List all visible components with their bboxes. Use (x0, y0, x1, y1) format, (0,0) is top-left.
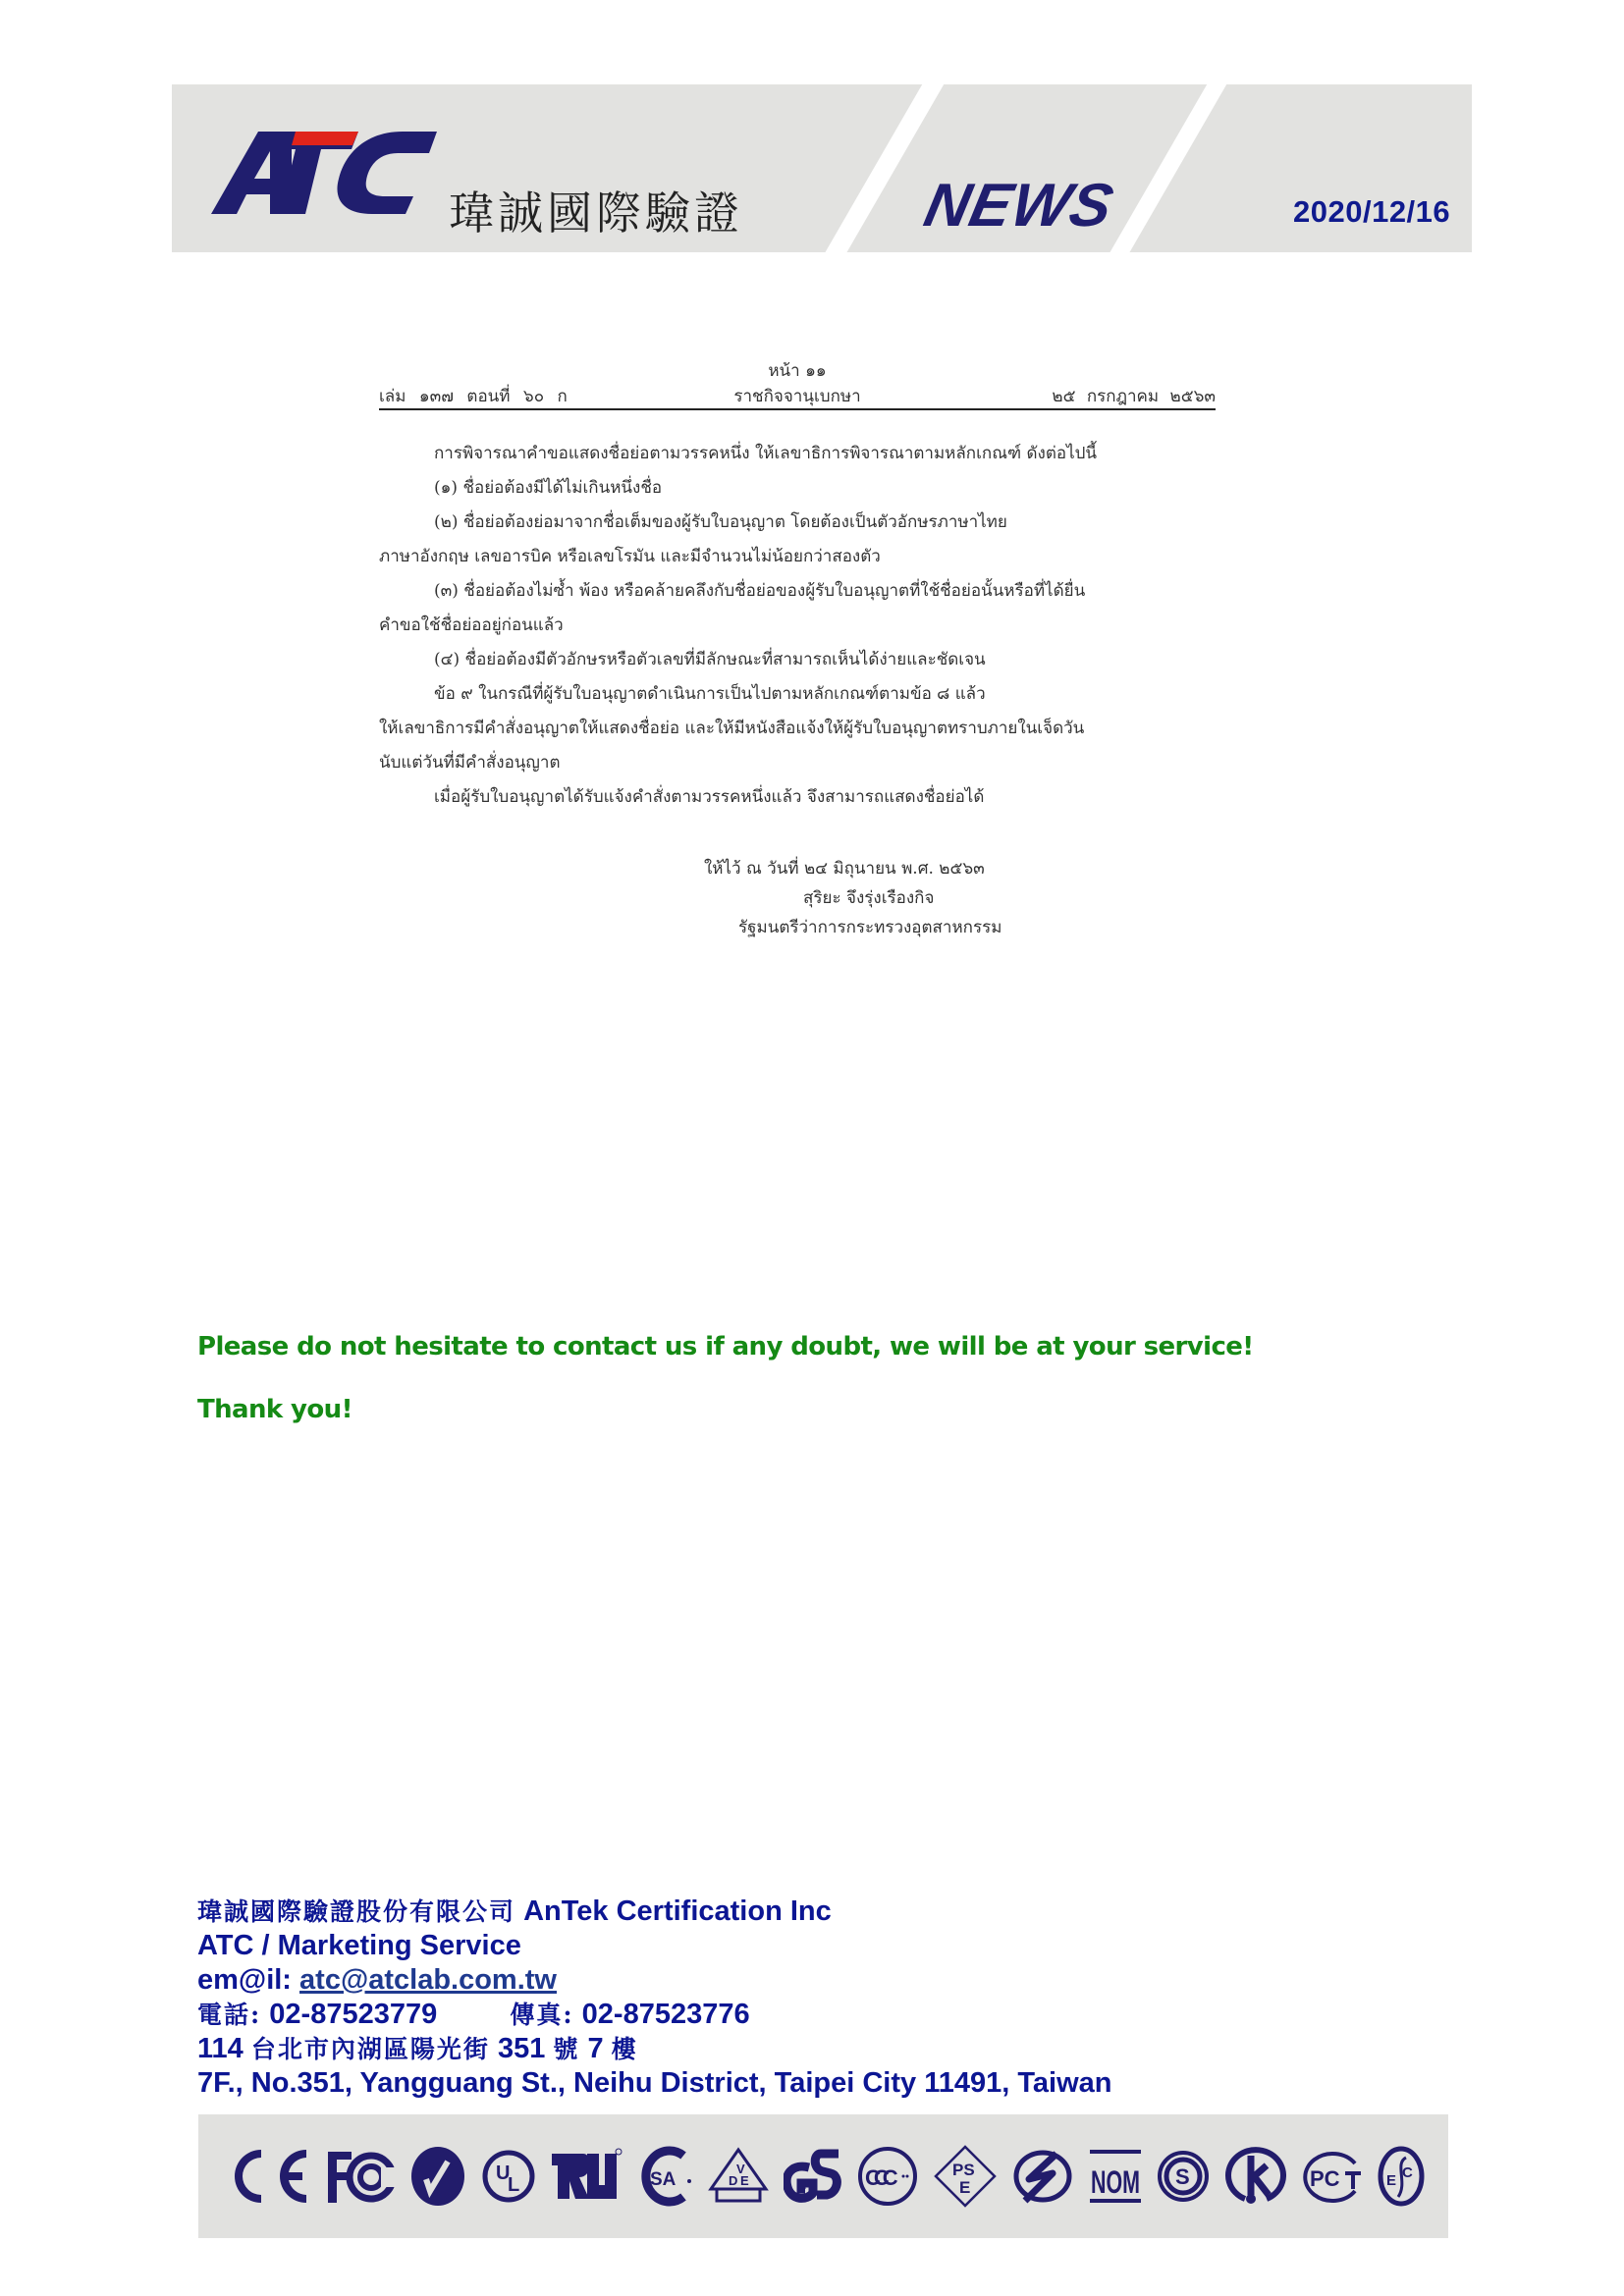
gazette-line: (๒) ชื่อย่อต้องย่อมาจากชื่อเต็มของผู้รับ… (379, 506, 1216, 540)
department: ATC / Marketing Service (197, 1929, 1112, 1963)
news-date: 2020/12/16 (1293, 194, 1450, 230)
c-tick-icon (408, 2144, 467, 2209)
email-link[interactable]: atc@atclab.com.tw (299, 1964, 557, 1996)
gazette-header-rule (379, 408, 1216, 410)
svg-text:PS: PS (952, 2161, 975, 2179)
vde-logo-icon: DVE (707, 2144, 770, 2209)
ce-mark-icon (226, 2144, 312, 2209)
svg-text:SA: SA (650, 2169, 677, 2190)
certification-logos-banner: UL SA DVE CCC PSE NOM S (198, 2114, 1448, 2238)
thank-you-message: Thank you! (197, 1395, 352, 1424)
header-divider-stripe (1100, 84, 1232, 252)
contact-invitation-message: Please do not hesitate to contact us if … (197, 1332, 1254, 1362)
contact-info: 瑋誠國際驗證股份有限公司 AnTek Certification Inc ATC… (197, 1895, 1112, 2101)
gazette-line: เมื่อผู้รับใบอนุญาตได้รับแจ้งคำสั่งตามวร… (379, 780, 1216, 815)
phone-number: 02-87523779 (269, 1999, 437, 2030)
pct-gost-icon: PC (1300, 2144, 1363, 2209)
signature-date: ให้ไว้ ณ วันที่ ๒๔ มิถุนายน พ.ศ. ๒๕๖๓ (379, 854, 1216, 883)
gazette-line: (๑) ชื่อย่อต้องมีได้ไม่เกินหนึ่งชื่อ (379, 471, 1216, 506)
nom-mark-icon: NOM (1088, 2144, 1143, 2209)
fax-label: 傳真: (510, 2001, 573, 2029)
svg-text:E: E (1386, 2172, 1396, 2189)
company-name-chinese: 瑋誠國際驗證股份有限公司 (197, 1897, 515, 1926)
svg-text:E: E (959, 2178, 970, 2197)
address-english: 7F., No.351, Yangguang St., Neihu Distri… (197, 2066, 1112, 2101)
email-row: em@il: atc@atclab.com.tw (197, 1963, 1112, 1998)
svg-text:CCC: CCC (865, 2165, 898, 2190)
gazette-line: นับแต่วันที่มีคำสั่งอนุญาต (379, 746, 1216, 780)
certification-logos: UL SA DVE CCC PSE NOM S (226, 2144, 1426, 2209)
company-name-english: AnTek Certification Inc (523, 1896, 832, 1927)
gazette-running-header: เล่ม ๑๓๗ ตอนที่ ๖๐ ก ราชกิจจานุเบกษา ๒๕ … (379, 383, 1216, 406)
fcc-logo-icon (326, 2144, 395, 2209)
gazette-body: การพิจารณาคำขอแสดงชื่อย่อตามวรรคหนึ่ง ให… (379, 437, 1216, 815)
ul-logo-icon: UL (481, 2144, 536, 2209)
svg-text:PC: PC (1310, 2166, 1340, 2191)
svg-text:NOM: NOM (1091, 2164, 1140, 2200)
gazette-line: คำขอใช้ชื่อย่ออยู่ก่อนแล้ว (379, 609, 1216, 643)
brand-chinese-name: 瑋誠國際驗證 (449, 178, 743, 242)
gazette-line: ข้อ ๙ ในกรณีที่ผู้รับใบอนุญาตดำเนินการเป… (379, 677, 1216, 712)
ccc-mark-icon: CCC (856, 2144, 919, 2209)
signature-position: รัฐมนตรีว่าการกระทรวงอุตสาหกรรม (379, 913, 1216, 942)
address-lou: 樓 (612, 2035, 638, 2063)
news-label: NEWS (918, 171, 1119, 240)
pse-mark-icon: PSE (933, 2144, 998, 2209)
gazette-line: การพิจารณาคำขอแสดงชื่อย่อตามวรรคหนึ่ง ให… (379, 437, 1216, 471)
address-chinese: 114 台北市內湖區陽光街 351 號 7 樓 (197, 2032, 1112, 2066)
gazette-line: (๓) ชื่อย่อต้องไม่ซ้ำ พ้อง หรือคล้ายคลึง… (379, 574, 1216, 609)
kc-mark-icon (1223, 2144, 1286, 2209)
svg-text:E: E (740, 2173, 749, 2188)
svg-text:C: C (1402, 2164, 1413, 2181)
header-banner: AnTek Certification Inc.® 瑋誠國際驗證 NEWS 20… (172, 84, 1472, 252)
sirim-mark-icon: S (1157, 2144, 1210, 2209)
atc-logo: AnTek Certification Inc.® (211, 126, 476, 243)
company-name-row: 瑋誠國際驗證股份有限公司 AnTek Certification Inc (197, 1895, 1112, 1929)
gazette-line: ให้เลขาธิการมีคำสั่งอนุญาตให้แสดงชื่อย่อ… (379, 712, 1216, 746)
gazette-signature-block: ให้ไว้ ณ วันที่ ๒๔ มิถุนายน พ.ศ. ๒๕๖๓ สุ… (379, 854, 1216, 942)
csa-logo-icon: SA (636, 2144, 693, 2209)
address-number: 351 (498, 2033, 545, 2064)
gazette-page-number: หน้า ๑๑ (379, 357, 1216, 384)
gazette-line: (๔) ชื่อย่อต้องมีตัวอักษรหรือตัวเลขที่มี… (379, 643, 1216, 677)
signature-name: สุริยะ จึงรุ่งเรืองกิจ (379, 883, 1216, 913)
ul-recognized-icon (550, 2144, 623, 2209)
efsc-mark-icon: EC (1377, 2144, 1426, 2209)
bsmi-mark-icon (1011, 2144, 1074, 2209)
address-floor: 7 (587, 2033, 603, 2064)
svg-text:L: L (508, 2174, 519, 2196)
fax-number: 02-87523776 (582, 1999, 750, 2030)
address-zip: 114 (197, 2033, 244, 2064)
svg-text:S: S (1175, 2164, 1190, 2189)
address-hao: 號 (553, 2035, 579, 2063)
phone-label: 電話: (197, 2001, 261, 2029)
phone-fax-row: 電話: 02-87523779 傳真: 02-87523776 (197, 1998, 1112, 2032)
email-label: em@il: (197, 1964, 292, 1996)
gazette-line: ภาษาอังกฤษ เลขอารบิค หรือเลขโรมัน และมีจ… (379, 540, 1216, 574)
address-street: 台北市內湖區陽光街 (251, 2035, 490, 2063)
gs-mark-icon (784, 2144, 842, 2209)
gazette-date: ๒๕ กรกฎาคม ๒๕๖๓ (1052, 383, 1216, 409)
atc-logo-mark-icon (211, 126, 437, 220)
